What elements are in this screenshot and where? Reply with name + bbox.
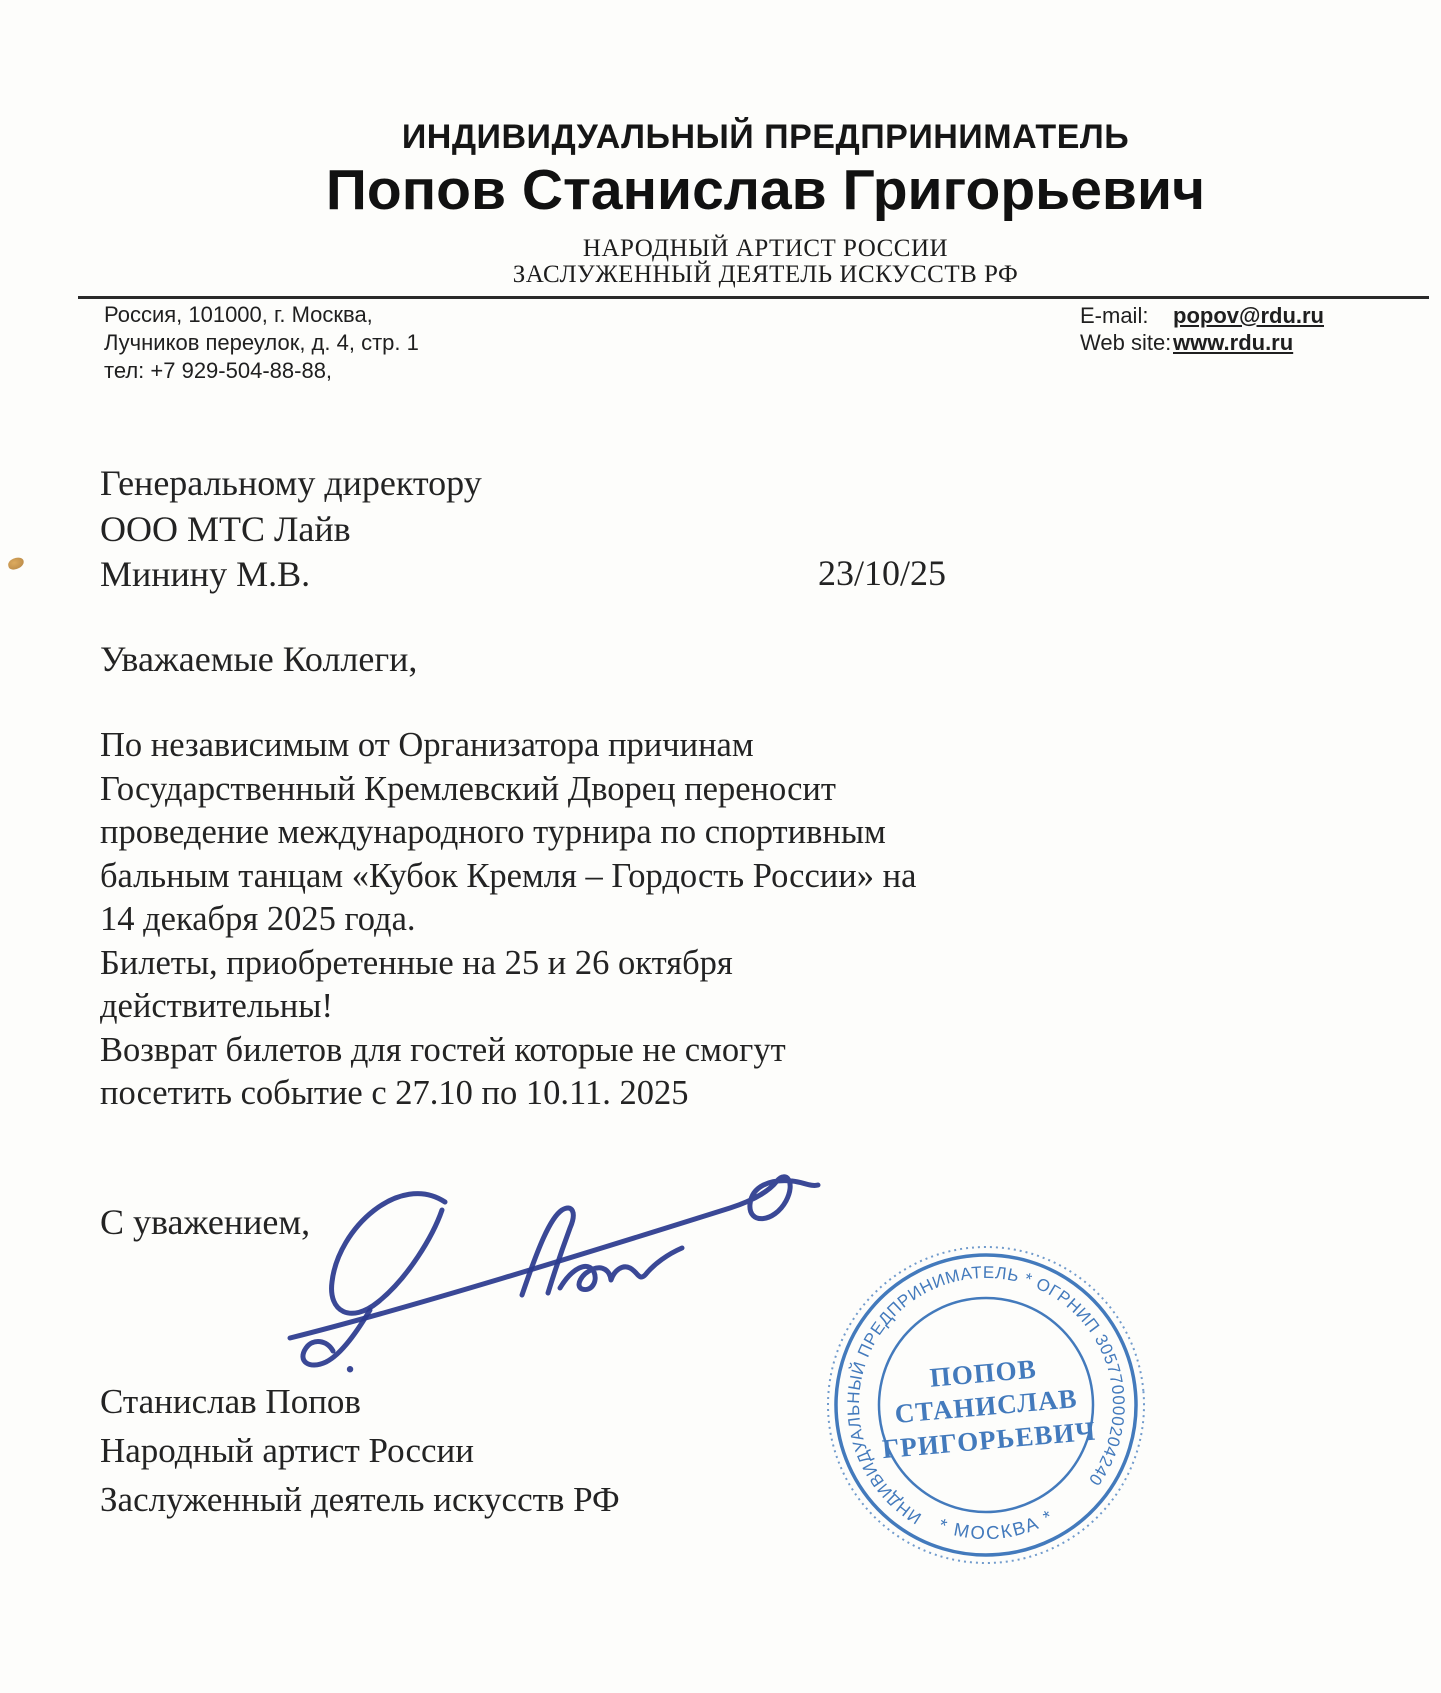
- email-label: E-mail:: [1080, 302, 1173, 329]
- body-line: Возврат билетов для гостей которые не см…: [100, 1029, 916, 1073]
- address-line-1: Россия, 101000, г. Москва,: [104, 301, 419, 329]
- letter-body: По независимым от Организатора причинам …: [100, 724, 916, 1116]
- header-divider-line: [78, 296, 1429, 299]
- letterhead-honor-title-2: ЗАСЛУЖЕННЫЙ ДЕЯТЕЛЬ ИСКУССТВ РФ: [90, 261, 1441, 289]
- signer-block: Станислав Попов Народный артист России З…: [100, 1377, 620, 1524]
- body-line: бальным танцам «Кубок Кремля – Гордость …: [100, 855, 916, 899]
- signer-title-1: Народный артист России: [100, 1426, 620, 1475]
- stamp-center-line-1: ПОПОВ: [929, 1354, 1038, 1393]
- contact-online-block: E-mail: popov@rdu.ru Web site: www.rdu.r…: [1080, 302, 1324, 356]
- email-address: popov@rdu.ru: [1173, 302, 1324, 329]
- letter-date: 23/10/25: [818, 552, 946, 594]
- letterhead-honor-title-1: НАРОДНЫЙ АРТИСТ РОССИИ: [90, 235, 1441, 263]
- handwritten-signature: [250, 1160, 850, 1390]
- recipient-line-3: Минину М.В.: [100, 552, 482, 598]
- body-line: Билеты, приобретенные на 25 и 26 октября: [100, 942, 916, 986]
- body-line: По независимым от Организатора причинам: [100, 724, 916, 768]
- recipient-line-2: ООО МТС Лайв: [100, 507, 482, 553]
- contact-address-block: Россия, 101000, г. Москва, Лучников пере…: [104, 301, 419, 385]
- body-line: Государственный Кремлевский Дворец перен…: [100, 768, 916, 812]
- recipient-block: Генеральному директору ООО МТС Лайв Мини…: [100, 461, 482, 598]
- paper-speck-artifact: [7, 556, 25, 571]
- letterhead-org-type: ИНДИВИДУАЛЬНЫЙ ПРЕДПРИНИМАТЕЛЬ: [90, 118, 1441, 157]
- phone-line: тел: +7 929-504-88-88,: [104, 357, 419, 385]
- body-line: посетить событие с 27.10 по 10.11. 2025: [100, 1072, 916, 1116]
- round-stamp: ИНДИВИДУАЛЬНЫЙ ПРЕДПРИНИМАТЕЛЬ * ОГРНИП …: [786, 1205, 1186, 1605]
- scanned-letter-page: ИНДИВИДУАЛЬНЫЙ ПРЕДПРИНИМАТЕЛЬ Попов Ста…: [0, 0, 1441, 1693]
- website-label: Web site:: [1080, 329, 1173, 356]
- signer-title-2: Заслуженный деятель искусств РФ: [100, 1475, 620, 1524]
- body-line: 14 декабря 2025 года.: [100, 898, 916, 942]
- letterhead-name: Попов Станислав Григорьевич: [90, 157, 1441, 223]
- body-line: проведение международного турнира по спо…: [100, 811, 916, 855]
- signer-name: Станислав Попов: [100, 1377, 620, 1426]
- website-url: www.rdu.ru: [1173, 329, 1293, 356]
- recipient-line-1: Генеральному директору: [100, 461, 482, 507]
- body-line: действительны!: [100, 985, 916, 1029]
- address-line-2: Лучников переулок, д. 4, стр. 1: [104, 329, 419, 357]
- salutation: Уважаемые Коллеги,: [100, 638, 417, 680]
